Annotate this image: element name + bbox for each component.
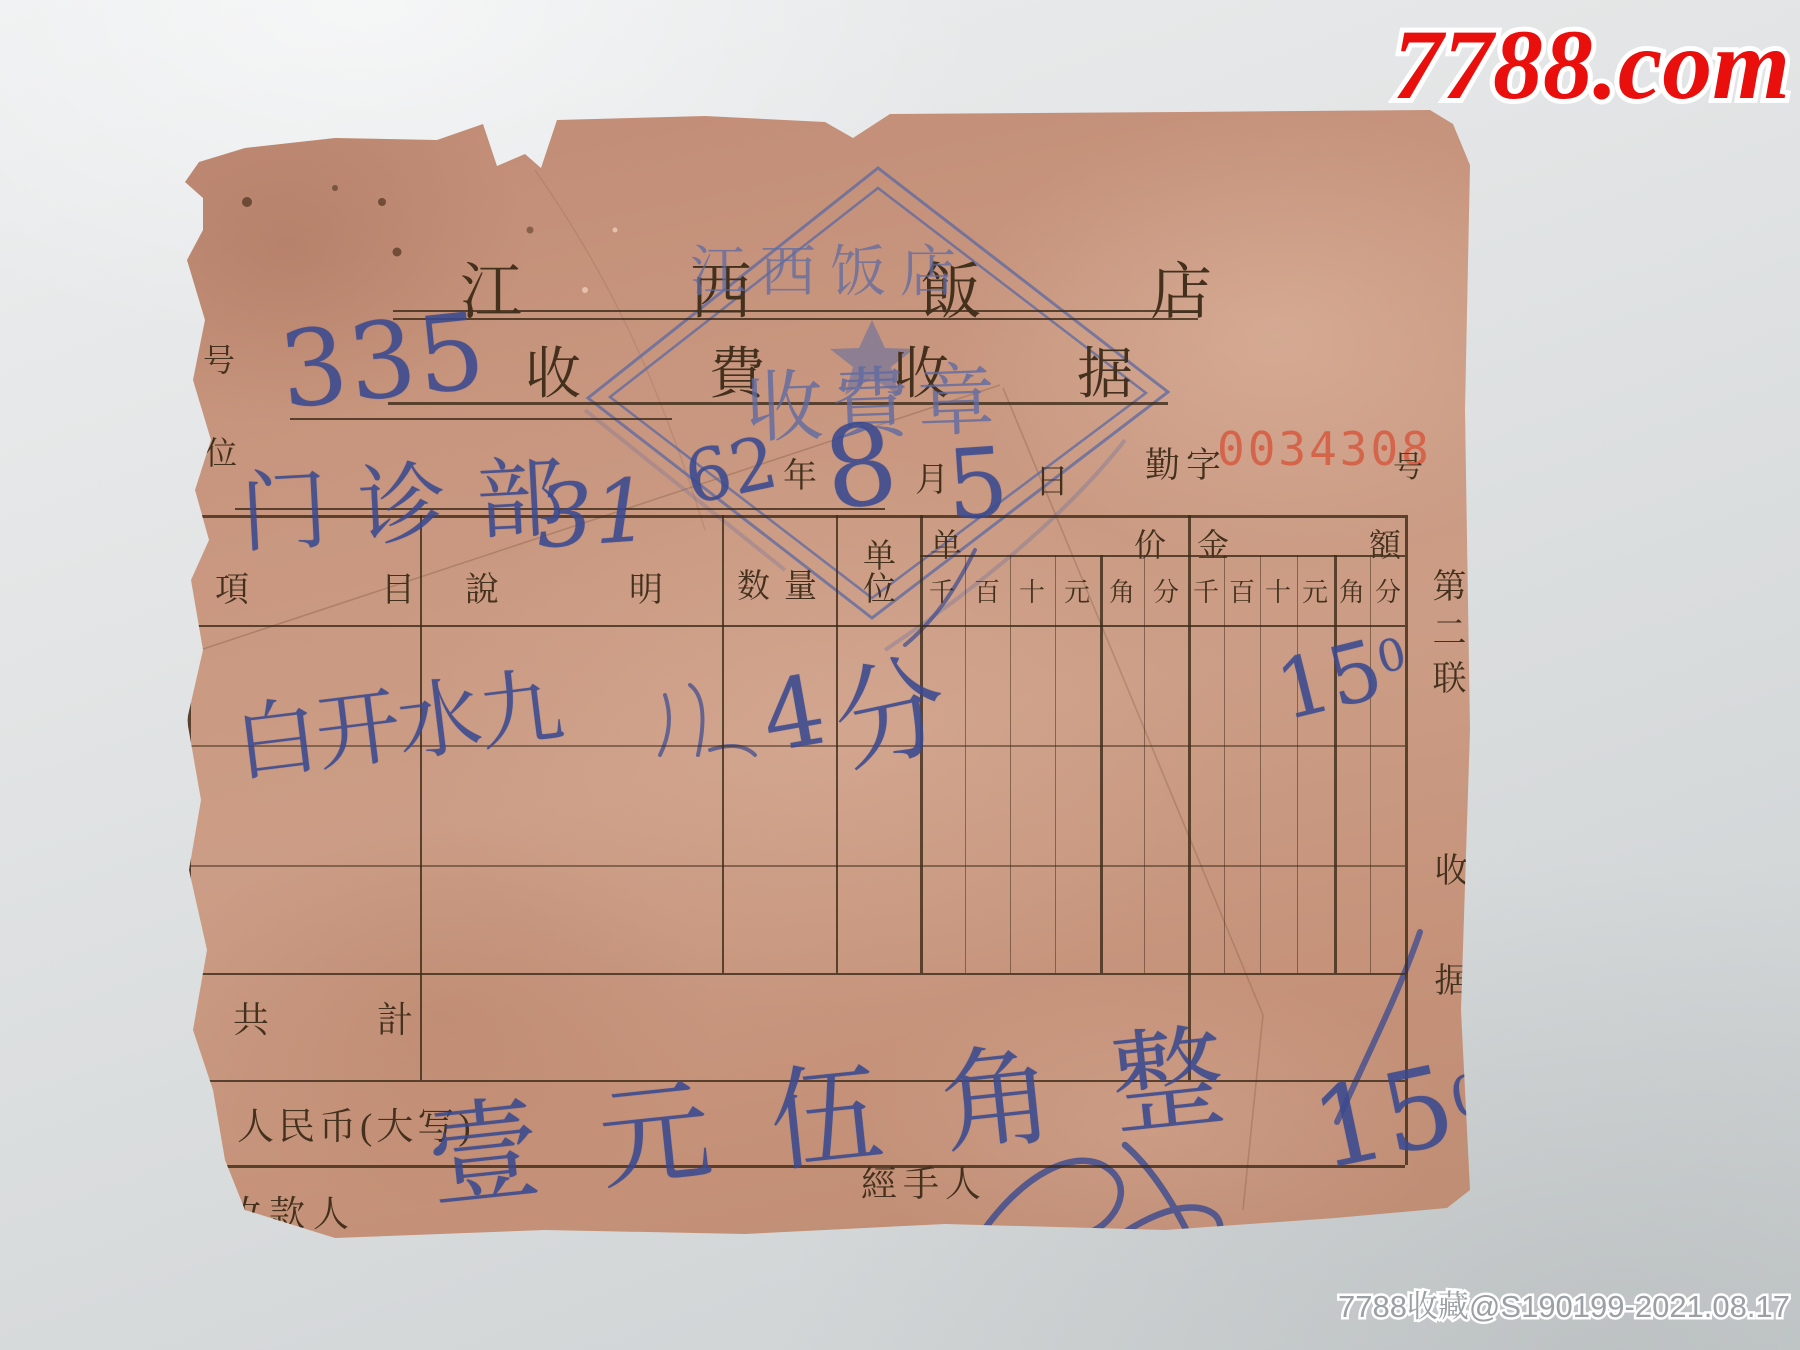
price-subcol-bai: 百 bbox=[974, 572, 1000, 609]
total-row-label: 共計 bbox=[233, 992, 521, 1043]
handler-label: 經手人 bbox=[861, 1156, 987, 1207]
column-header-unit: 单位 bbox=[853, 538, 900, 628]
column-header-amount: 金額 bbox=[1197, 520, 1541, 566]
row1-desc-overlay-handwriting: 31 bbox=[529, 458, 657, 569]
date-day-label: 日 bbox=[1035, 454, 1069, 503]
date-year-value: 62 bbox=[677, 419, 784, 520]
amount-subcol-fen: 分 bbox=[1375, 572, 1401, 609]
credit-watermark: 7788收藏@S190199-2021.08.17 bbox=[1250, 1265, 1800, 1345]
grid-line bbox=[188, 625, 1405, 627]
unit-field-label: 位 bbox=[205, 428, 237, 474]
grid-line bbox=[836, 515, 838, 973]
grid-line bbox=[1224, 555, 1225, 973]
amount-subcol-yuan: 元 bbox=[1302, 572, 1328, 609]
serial-suffix: 号 bbox=[1393, 442, 1423, 486]
row1-item-handwriting: 白开水九 bbox=[227, 638, 567, 798]
price-subcol-shi: 十 bbox=[1019, 572, 1045, 609]
amount-subcol-bai: 百 bbox=[1229, 572, 1255, 609]
grid-line bbox=[1260, 555, 1261, 973]
grid-line bbox=[1144, 555, 1145, 973]
amount-subcol-shi: 十 bbox=[1265, 572, 1291, 609]
grid-line bbox=[1297, 555, 1298, 973]
receipt-paper: 江西飯店 收費收据 江西饭店 收費章 号 335 位 门诊部 62 年 8 月 … bbox=[185, 110, 1470, 1240]
column-header-qty: 数量 bbox=[737, 560, 831, 607]
number-field-label: 号 bbox=[203, 335, 235, 381]
grid-line bbox=[1010, 555, 1011, 973]
row1-amount-handwriting: 150 bbox=[1267, 615, 1418, 739]
serial-prefix: 勤字 bbox=[1145, 438, 1227, 488]
grid-line bbox=[188, 515, 191, 1165]
price-subcol-yuan: 元 bbox=[1064, 572, 1090, 609]
date-year-label: 年 bbox=[783, 448, 817, 497]
grid-line bbox=[1100, 555, 1103, 973]
amount-subcol-jiao: 角 bbox=[1339, 572, 1365, 609]
site-watermark: 7788.com bbox=[1100, 0, 1800, 130]
row1-qty-handwriting: 4 bbox=[754, 654, 834, 775]
amount-in-words-handwriting: 壹元伍角整 bbox=[419, 980, 1291, 1230]
number-field-value: 335 bbox=[274, 290, 492, 433]
site-watermark-text: 7788.com bbox=[1393, 9, 1790, 120]
grid-line bbox=[188, 973, 1405, 975]
price-subcol-jiao: 角 bbox=[1109, 572, 1135, 609]
grid-line bbox=[1055, 555, 1056, 973]
grid-line bbox=[1370, 555, 1371, 973]
price-subcol-qian: 千 bbox=[929, 572, 955, 609]
price-subcol-fen: 分 bbox=[1153, 572, 1179, 609]
grid-line bbox=[188, 865, 1405, 867]
amount-subcol-qian: 千 bbox=[1193, 572, 1219, 609]
credit-watermark-text: 7788收藏@S190199-2021.08.17 bbox=[1338, 1289, 1790, 1324]
row1-unit-handwriting: 分 bbox=[817, 615, 960, 796]
payee-label: 收款人 bbox=[225, 1186, 357, 1237]
grid-line bbox=[1334, 555, 1337, 973]
total-amount-handwriting: 150 bbox=[1302, 1033, 1500, 1195]
side-copy-text: 第二联 bbox=[1421, 568, 1470, 788]
grid-line bbox=[965, 555, 966, 973]
date-month-label: 月 bbox=[915, 452, 949, 501]
stamp-name-text: 江西饭店 bbox=[690, 228, 970, 308]
